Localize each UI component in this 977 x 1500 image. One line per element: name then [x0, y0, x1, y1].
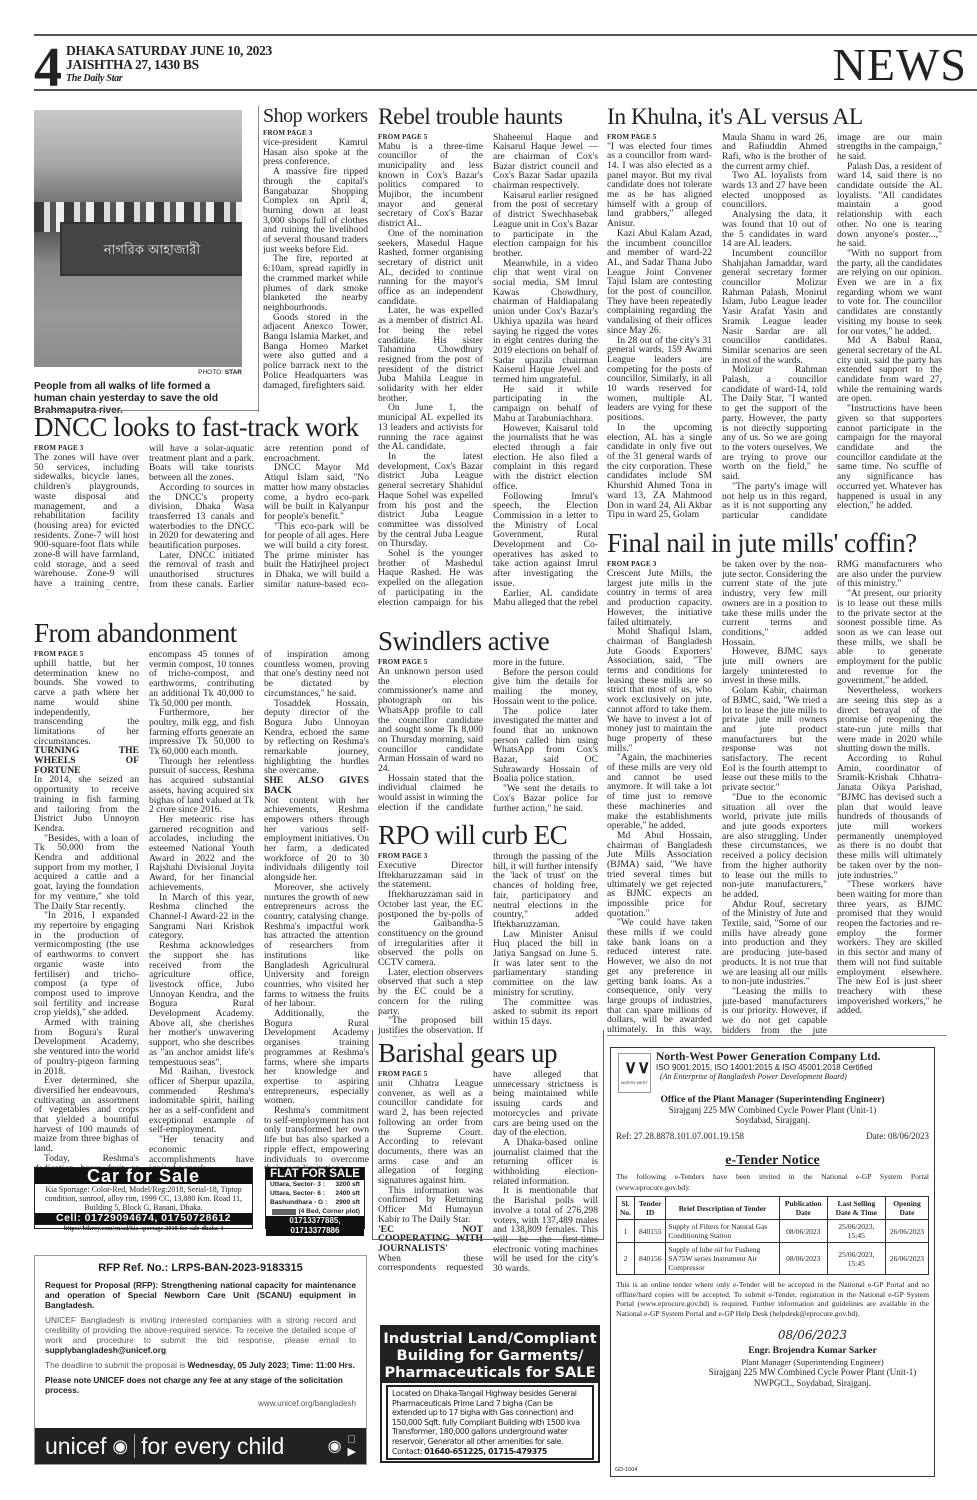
- headline: DNCC looks to fast-track work: [34, 414, 369, 441]
- headline: Swindlers active: [378, 628, 598, 655]
- column-1: Mabu is a three-time councillor of the m…: [378, 142, 483, 607]
- headline: In Khulna, it's AL versus AL: [607, 106, 947, 130]
- column-1: The zones will have over 50 services, in…: [34, 453, 139, 590]
- rfp-ref: RFP Ref. No.: LRPS-BAN-2023-9183315: [45, 1262, 356, 1274]
- column-1: Executive Director Iftekharuzzaman said …: [378, 861, 483, 1037]
- paper-name: The Daily Star: [66, 72, 272, 86]
- signer-title: Plant Manager (Superintending Engineer): [696, 1357, 929, 1368]
- rfp-deadline: The deadline to submit the proposal is W…: [45, 1360, 356, 1370]
- column-1: uphill battle, but her determination kne…: [34, 659, 139, 1169]
- rfp-title: Request for Proposal (RFP): Strengthenin…: [45, 1280, 356, 1310]
- office-line: Office of the Plant Manager (Superintend…: [616, 1095, 929, 1105]
- article-dncc: DNCC looks to fast-track work FROM PAGE …: [34, 414, 369, 590]
- column-1: An unknown person used the election comm…: [378, 667, 483, 812]
- unicef-tagline: for every child: [141, 1433, 284, 1460]
- tender-title: e-Tender Notice: [616, 1153, 929, 1169]
- headline: From abandonment: [34, 620, 369, 647]
- date-english: DHAKA SATURDAY JUNE 10, 2023: [66, 44, 272, 58]
- photo-box-right-border: [258, 106, 259, 412]
- ad-car-for-sale: Car for Sale Kia Sportage: Color-Red, Mo…: [34, 1167, 253, 1229]
- photo-banner: নাগরিক আহাজারী: [60, 222, 242, 276]
- column-2: be taken over by the non-jute sector. Co…: [722, 560, 827, 1035]
- game-icon: ◉: [328, 1436, 342, 1456]
- rfp-note: Please note UNICEF does not charge any f…: [45, 1375, 356, 1395]
- headline: Final nail in jute mills' coffin?: [607, 530, 947, 557]
- ad-industrial-land: Industrial Land/Compliant Building for G…: [380, 1325, 600, 1463]
- ad-title: Car for Sale: [35, 1168, 252, 1184]
- photo-human-chain: নাগরিক আহাজারী: [34, 110, 242, 367]
- logo-mark-icon: ∨∨: [624, 1058, 650, 1076]
- article-shop-workers: Shop workers FROM PAGE 3 vice-president …: [263, 106, 368, 390]
- from-page: FROM PAGE 5: [34, 650, 139, 659]
- ad-body: Kia Sportage: Color-Red, Model/Reg:2018,…: [35, 1184, 252, 1213]
- unicef-logo: unicef: [45, 1433, 106, 1460]
- tender-footer: This is an online tender where only e-Te…: [616, 1280, 929, 1318]
- article-from-abandonment: From abandonment FROM PAGE 5 uphill batt…: [34, 620, 369, 1169]
- from-page: FROM PAGE 3: [378, 852, 483, 861]
- masthead-bottom-rule: [34, 89, 977, 92]
- photo-credit: PHOTO: STAR: [34, 369, 242, 376]
- signature-date: 08/06/2023: [778, 1328, 847, 1342]
- article-rpo-curb-ec: RPO will curb EC FROM PAGE 3 Executive D…: [378, 822, 598, 1037]
- globe-icon: ◉: [112, 1436, 128, 1457]
- box-frame: [372, 1030, 604, 1240]
- column-3: acre retention pond of encroachment. DNC…: [264, 444, 369, 590]
- dateline: DHAKA SATURDAY JUNE 10, 2023 JAISHTHA 27…: [66, 44, 272, 86]
- flat-row: Uttara, Sector- 6 :2400 sft: [266, 1189, 364, 1198]
- flat-note: (4 Bed, Corner plot): [266, 1207, 364, 1216]
- column-2: through the passing of the bill, it will…: [493, 852, 598, 1037]
- nwpgcl-logo: ∨∨ NORTH WEST: [618, 1053, 651, 1093]
- signer-org: NWPGCL, Soydabad, Sirajganj.: [696, 1378, 929, 1389]
- flat-row: Bashundhara - G :2900 sft: [266, 1198, 364, 1207]
- article-body: vice-president Kamrul Hasan also spoke a…: [263, 138, 368, 390]
- headline: RPO will curb EC: [378, 822, 598, 849]
- location-line: Soydabad, Sirajganj.: [616, 1115, 929, 1125]
- developer-logo: [272, 1209, 296, 1215]
- unicef-website[interactable]: www.unicef.org/bangladesh: [45, 1399, 356, 1408]
- column-2: more in the future. Before the person co…: [493, 658, 598, 812]
- signature: 08/06/2023: [696, 1324, 929, 1346]
- column-2: Shaheenul Haque and Kaisarul Haque Jewel…: [493, 133, 598, 607]
- from-page: FROM PAGE 3: [607, 560, 712, 569]
- plant-line: Sirajganj 225 MW Combined Cycle Power Pl…: [616, 1105, 929, 1115]
- ad-unicef-rfp: RFP Ref. No.: LRPS-BAN-2023-9183315 Requ…: [34, 1255, 367, 1465]
- divider: [134, 1434, 135, 1458]
- from-page: FROM PAGE 5: [378, 658, 483, 667]
- column-2: encompass 45 tonnes of vermin compost, 1…: [149, 650, 254, 1169]
- photo-block: নাগরিক আহাজারী: [34, 110, 260, 310]
- table-header-row: Sl. No. Tender ID Brief Description of T…: [617, 1197, 929, 1220]
- headline: Rebel trouble haunts: [378, 106, 598, 130]
- company-name: North-West Power Generation Company Ltd.: [656, 1051, 916, 1063]
- rfp-email[interactable]: supplybangladesh@unicef.org: [45, 1345, 166, 1355]
- signer-plant: Sirajganj 225 MW Combined Cycle Power Pl…: [696, 1367, 929, 1378]
- tender-header: ∨∨ NORTH WEST North-West Power Generatio…: [616, 1051, 929, 1095]
- app-store-icons: ▶: [348, 1434, 356, 1458]
- table-row: 1 840155 Supply of Filters for Natural G…: [617, 1220, 929, 1243]
- masthead-top-rule: [34, 34, 977, 36]
- ref-date-row: Ref: 27.28.8878.101.07.001.19.158 Date: …: [616, 1131, 929, 1141]
- ad-phone: 01713377885, 01713377886: [266, 1216, 364, 1236]
- subheading: TURNING THE WHEELS OF FORTUNE: [34, 746, 139, 775]
- table-row: 2 840156 Supply of lube oil for Fusheng …: [617, 1243, 929, 1275]
- signer-name: Engr. Brojendra Kumar Sarker: [696, 1346, 929, 1357]
- article-jute-mills: Final nail in jute mills' coffin? FROM P…: [607, 530, 947, 1035]
- tender-table: Sl. No. Tender ID Brief Description of T…: [616, 1196, 929, 1275]
- ad-link[interactable]: https://bikroy.com/en/ad/kia-sportage-20…: [35, 1224, 252, 1233]
- flat-row: Uttara, Sector- 3 :3200 sft: [266, 1180, 364, 1189]
- date-bangla: JAISHTHA 27, 1430 BS: [66, 58, 272, 72]
- column-1: Crescent Jute Mills, the largest jute mi…: [607, 569, 712, 1035]
- ad-title: Industrial Land/Compliant Building for G…: [382, 1327, 598, 1383]
- column-2: Maula Shanu in ward 26, and Rafiuddin Ah…: [722, 133, 827, 519]
- from-page: FROM PAGE 3: [34, 444, 139, 453]
- from-page: FROM PAGE 5: [607, 133, 712, 142]
- photo-box-bottom-border: [34, 410, 259, 411]
- ad-e-tender-notice: ∨∨ NORTH WEST North-West Power Generatio…: [610, 1047, 935, 1477]
- iso-line: ISO 9001:2015, ISO 14001:2015 & ISO 4500…: [656, 1063, 916, 1072]
- rfp-body: UNICEF Bangladesh is inviting interested…: [45, 1315, 356, 1355]
- subheading: SHE ALSO GIVES BACK: [264, 776, 369, 795]
- unicef-brand-bar: unicef ◉ for every child ◉ ▶: [35, 1428, 366, 1464]
- from-page: FROM PAGE 5: [378, 133, 483, 142]
- tender-intro: The following e-Tenders have been invite…: [616, 1172, 929, 1193]
- column-2: will have a solar-aquatic treatment plan…: [149, 444, 254, 590]
- ad-body: Located on Dhaka-Tangail Highway besides…: [386, 1385, 594, 1460]
- column-1: "I was elected four times as a councillo…: [607, 142, 712, 519]
- page-number: 4: [34, 46, 62, 90]
- ad-flat-for-sale: FLAT FOR SALE Uttara, Sector- 3 :3200 sf…: [265, 1167, 365, 1229]
- jute-bottom-rule: [607, 1035, 947, 1036]
- column-3: RMG manufacturers who are also under the…: [837, 560, 942, 1035]
- ad-contact: 01640-651225, 01715-479375: [424, 1447, 547, 1456]
- from-page: FROM PAGE 3: [263, 129, 368, 138]
- enterprise-line: (An Enterprise of Bangladesh Power Devel…: [656, 1072, 916, 1081]
- ad-phone: Cell: 01729094674, 01750728612: [35, 1213, 252, 1224]
- article-rebel-trouble: Rebel trouble haunts FROM PAGE 5 Mabu is…: [378, 106, 598, 607]
- article-swindlers-active: Swindlers active FROM PAGE 5 An unknown …: [378, 628, 598, 812]
- ad-code: GD-1004: [615, 1467, 637, 1473]
- column-3: image are our main strengths in the camp…: [837, 133, 942, 519]
- article-khulna: In Khulna, it's AL versus AL FROM PAGE 5…: [607, 106, 947, 519]
- headline: Shop workers: [263, 106, 368, 126]
- signature-block: 08/06/2023 Engr. Brojendra Kumar Sarker …: [616, 1324, 929, 1388]
- section-title: NEWS: [833, 42, 967, 88]
- ad-title: FLAT FOR SALE: [266, 1168, 364, 1180]
- column-3: of inspiration among countless women, pr…: [264, 650, 369, 1169]
